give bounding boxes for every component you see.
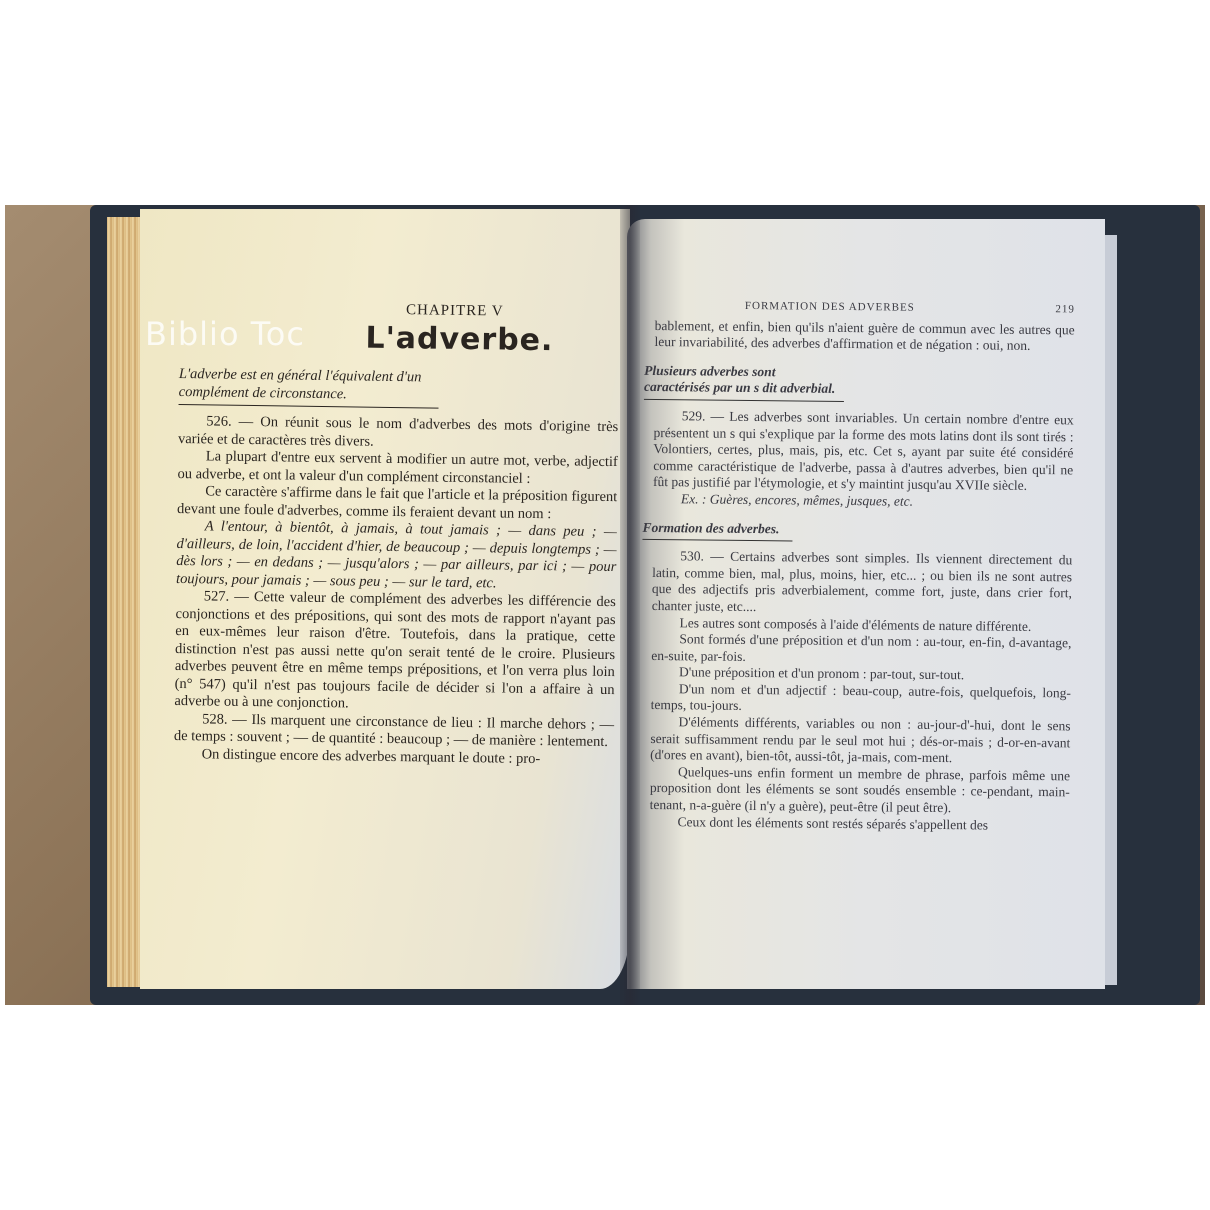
paragraph: Ceux dont les éléments sont restés sépar… [649,814,1069,835]
paragraph: D'éléments différents, variables ou non … [650,714,1070,768]
example-list: A l'entour, à bientôt, à jamais, à tout … [176,518,617,594]
right-page: FORMATION DES ADVERBES 219 bablement, et… [627,219,1105,989]
right-sidehead-2: Formation des adverbes. [642,519,792,541]
paragraph-528: 528. — Ils marquent une circonstance de … [174,710,614,751]
paragraph: Quelques-uns enfin forment un membre de … [650,764,1070,818]
chapter-title: L'adverbe. [299,328,619,350]
chapter-heading: CHAPITRE V [290,301,620,323]
paragraph: bablement, et enfin, bien qu'ils n'aient… [654,318,1074,356]
book-photo: CHAPITRE V L'adverbe. L'adverbe est en g… [5,205,1205,1005]
paragraph-530: 530. — Certains adverbes sont simples. I… [652,548,1073,619]
right-page-edge [1105,235,1117,985]
running-head: FORMATION DES ADVERBES 219 [655,297,1075,318]
right-page-text: FORMATION DES ADVERBES 219 bablement, et… [649,297,1075,835]
page-number: 219 [1055,301,1075,318]
paragraph: D'un nom et d'un adjectif : beau-coup, a… [651,681,1071,719]
left-page-text: CHAPITRE V L'adverbe. L'adverbe est en g… [174,299,620,769]
right-sidehead-1: Plusieurs adverbes sont caractérisés par… [644,363,844,402]
running-head-title: FORMATION DES ADVERBES [745,298,915,316]
paragraph-527: 527. — Cette valeur de complément des ad… [174,588,616,717]
left-sidehead: L'adverbe est en général l'équivalent d'… [179,366,440,409]
watermark: Biblio Toc [145,315,305,353]
paragraph: Sont formés d'une préposition et d'un no… [651,631,1071,669]
spine-shadow [620,205,640,1005]
paragraph-529: 529. — Les adverbes sont invariables. Un… [653,408,1074,495]
